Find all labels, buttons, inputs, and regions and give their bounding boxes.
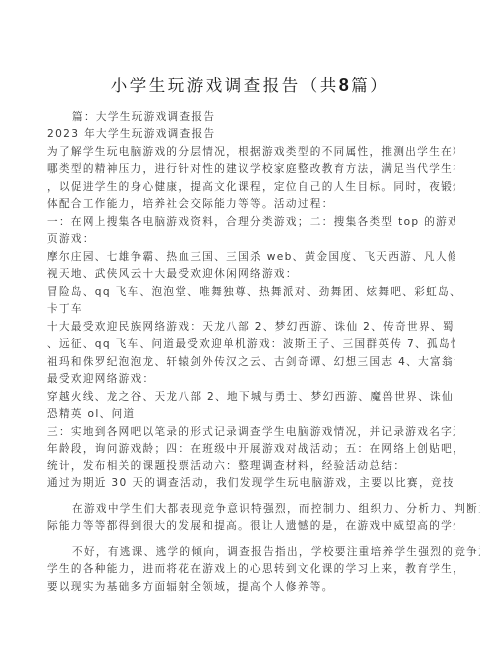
text-line: 一：在网上搜集各电脑游戏资料，合理分类游戏；二：搜集各类型 top 的游戏。十大… (47, 215, 455, 229)
text-line: 页游戏： (47, 232, 455, 246)
text-line: 年龄段，询问游戏龄；四：在班级中开展游戏对战活动；五：在网络上创贴吧，q 群，实… (47, 442, 455, 456)
text-line: 体配合工作能力，培养社会交际能力等等。活动过程： (47, 197, 455, 211)
document-title: 小学生玩游戏调查报告（共8篇） (0, 72, 500, 96)
text-line: 最受欢迎网络游戏： (47, 372, 455, 386)
text-line: 恐精英 ol、问道 (47, 407, 455, 421)
text-line: 三：实地到各网吧以笔录的形式记录调查学生电脑游戏情况，并记录游戏名字进行整理，区… (47, 425, 455, 439)
text-line: 际能力等等都得到很大的发展和提高。很让人遗憾的是，在游戏中威望高的学生的文化课程… (47, 519, 455, 533)
text-line: 在游戏中学生们大都表现竞争意识特强烈，而控制力、组织力、分析力、判断力、社会交 (72, 502, 480, 516)
text-line: 、远征、qq 飞车、问道最受欢迎单机游戏：波斯王子、三国群英传 7、孤岛惊魂、生… (47, 337, 455, 351)
text-line: 要以现实为基础多方面辐射全领域，提高个人修养等。 (47, 580, 455, 594)
text-line: 篇：大学生玩游戏调查报告 (72, 110, 480, 124)
text-line: 冒险岛、qq 飞车、泡泡堂、唯舞独尊、热舞派对、劲舞团、炫舞吧、彩虹岛、街头篮球… (47, 285, 455, 299)
text-line: 摩尔庄园、七雄争霸、热血三国、三国杀 web、黄金国度、飞天西游、凡人修真、弹弹… (47, 250, 455, 264)
text-line: 不好，有逃课、逃学的倾向，调查报告指出，学校要注重培养学生强烈的竞争意识，解放 (72, 545, 480, 559)
text-line: 哪类型的精神压力，进行针对性的建议学校家庭整改教育方法，满足当代学生在精神上的空… (47, 162, 455, 176)
text-line: 祖玛和侏罗纪泡泡龙、轩辕剑外传汉之云、古剑奇谭、幻想三国志 4、大富翁世界之旅 … (47, 355, 455, 369)
text-line: 学生的各种能力，进而将花在游戏上的心思转到文化课的学习上来，教育学生，让他们明白… (47, 562, 455, 576)
text-line: 统计，发布相关的课题投票活动六：整理调查材料，经验活动总结： (47, 459, 455, 473)
title-suffix: 篇） (351, 76, 389, 95)
title-number: 8 (339, 75, 352, 95)
title-prefix: 小学生玩游戏调查报告（共 (111, 76, 339, 95)
text-line: 为了解学生玩电脑游戏的分层情况，根据游戏类型的不同属性，推测出学生在精神上寻求解… (47, 145, 455, 159)
text-line: 2023 年大学生玩游戏调查报告 (47, 127, 455, 141)
text-line: 十大最受欢迎民族网络游戏：天龙八部 2、梦幻西游、诛仙 2、传奇世界、蜀门、魔界… (47, 320, 455, 334)
text-line: ，以促进学生的身心健康，提高文化课程，定位自己的人生目标。同时，夜锻炼小组成员的… (47, 180, 455, 194)
text-line: 穿越火线、龙之谷、天龙八部 2、地下城与勇士、梦幻西游、魔兽世界、诛仙 2、传奇… (47, 390, 455, 404)
text-line: 视天地、武侠风云十大最受欢迎休闲网络游戏： (47, 267, 455, 281)
text-line: 卡丁车 (47, 302, 455, 316)
text-line: 通过为期近 30 天的调查活动，我们发现学生玩电脑游戏，主要以比赛，竞技排行，娱… (47, 476, 455, 490)
